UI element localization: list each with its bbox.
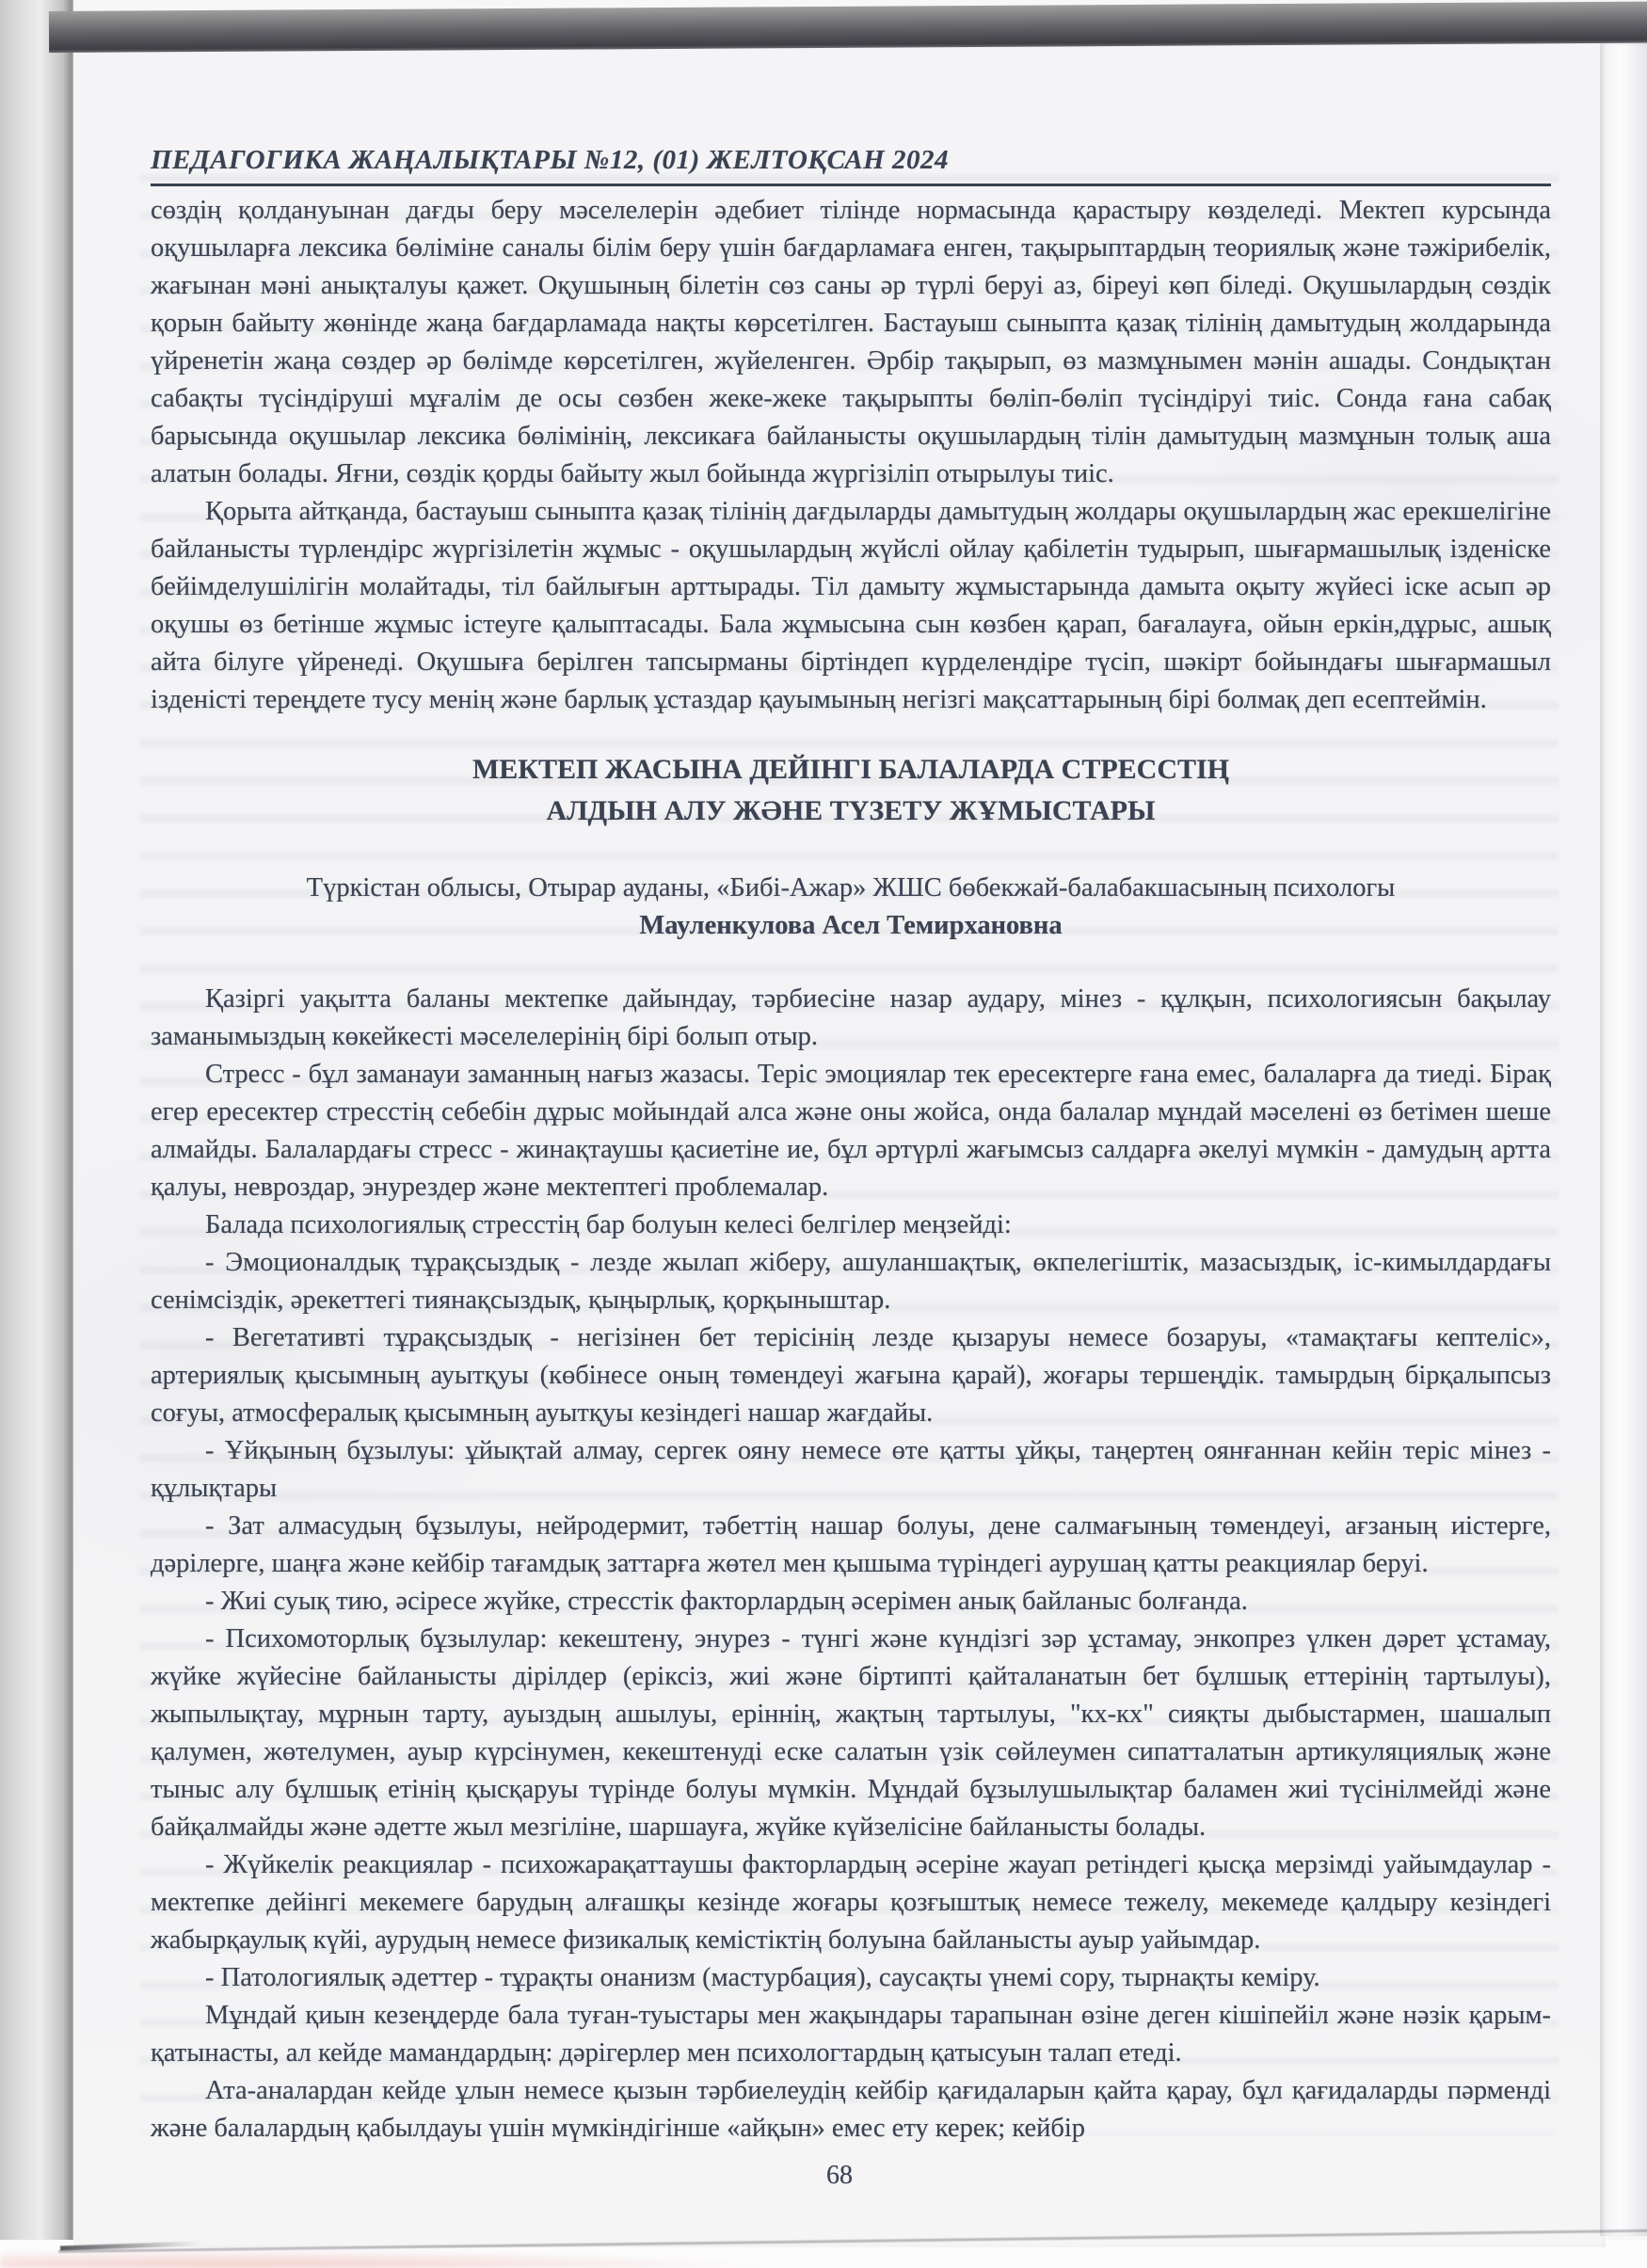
journal-page-paper: ПЕДАГОГИКА ЖАҢАЛЫҚТАРЫ №12, (01) ЖЕЛТОҚС… [73,40,1606,2247]
article-byline: Түркістан облысы, Отырар ауданы, «Бибі-А… [151,870,1551,945]
paragraph: Қазіргі уақытта баланы мектепке дайындау… [151,981,1551,1056]
paragraph: - Жүйкелік реакциялар - психожарақаттауш… [151,1846,1551,1959]
scan-color-smudge [0,2249,772,2268]
article-title-line1: МЕКТЕП ЖАСЫНА ДЕЙІНГІ БАЛАЛАРДА СТРЕССТІ… [151,749,1551,791]
journal-header: ПЕДАГОГИКА ЖАҢАЛЫҚТАРЫ №12, (01) ЖЕЛТОҚС… [151,141,1551,186]
page-number: 68 [73,2161,1606,2191]
paragraph: Ата-аналардан кейде ұлын немесе қызын тә… [151,2072,1551,2148]
paragraph: - Вегетативті тұрақсыздық - негізінен бе… [151,1319,1551,1432]
article-body: Қазіргі уақытта баланы мектепке дайындау… [151,981,1551,2148]
article-author: Мауленкулова Асел Темирхановна [151,907,1551,945]
scanner-edge-right [1600,43,1647,2236]
article-title-line2: АЛДЫН АЛУ ЖӘНЕ ТҮЗЕТУ ЖҰМЫСТАРЫ [151,791,1551,832]
paragraph: Стресс - бұл заманауи заманның нағыз жаз… [151,1056,1551,1206]
paragraph: - Эмоционалдық тұрақсыздық - лезде жылап… [151,1244,1551,1319]
paragraph: Қорыта айтқанда, бастауыш сыныпта қазақ … [151,493,1551,719]
article-affiliation: Түркістан облысы, Отырар ауданы, «Бибі-А… [151,870,1551,907]
article-title: МЕКТЕП ЖАСЫНА ДЕЙІНГІ БАЛАЛАРДА СТРЕССТІ… [151,749,1551,832]
intro-section: сөздің қолдануынан дағды беру мәселелері… [151,192,1551,719]
paragraph: - Ұйқының бұзылуы: ұйықтай алмау, сергек… [151,1432,1551,1508]
journal-header-text: ПЕДАГОГИКА ЖАҢАЛЫҚТАРЫ №12, (01) ЖЕЛТОҚС… [151,145,949,175]
paragraph: Мұндай қиын кезеңдерде бала туған-туыста… [151,1997,1551,2072]
scanner-edge-left [0,0,73,2268]
paragraph: сөздің қолдануынан дағды беру мәселелері… [151,192,1551,493]
scanned-journal-page: ПЕДАГОГИКА ЖАҢАЛЫҚТАРЫ №12, (01) ЖЕЛТОҚС… [0,0,1647,2268]
paragraph: - Зат алмасудың бұзылуы, нейродермит, тә… [151,1508,1551,1583]
paragraph: - Патологиялық әдеттер - тұрақты онанизм… [151,1959,1551,1997]
paragraph: Балада психологиялық стресстің бар болуы… [151,1206,1551,1244]
page-content: ПЕДАГОГИКА ЖАҢАЛЫҚТАРЫ №12, (01) ЖЕЛТОҚС… [151,141,1551,2148]
paragraph: - Жиі суық тию, әсіресе жүйке, стресстік… [151,1583,1551,1621]
paragraph: - Психомоторлық бұзылулар: кекештену, эн… [151,1621,1551,1846]
